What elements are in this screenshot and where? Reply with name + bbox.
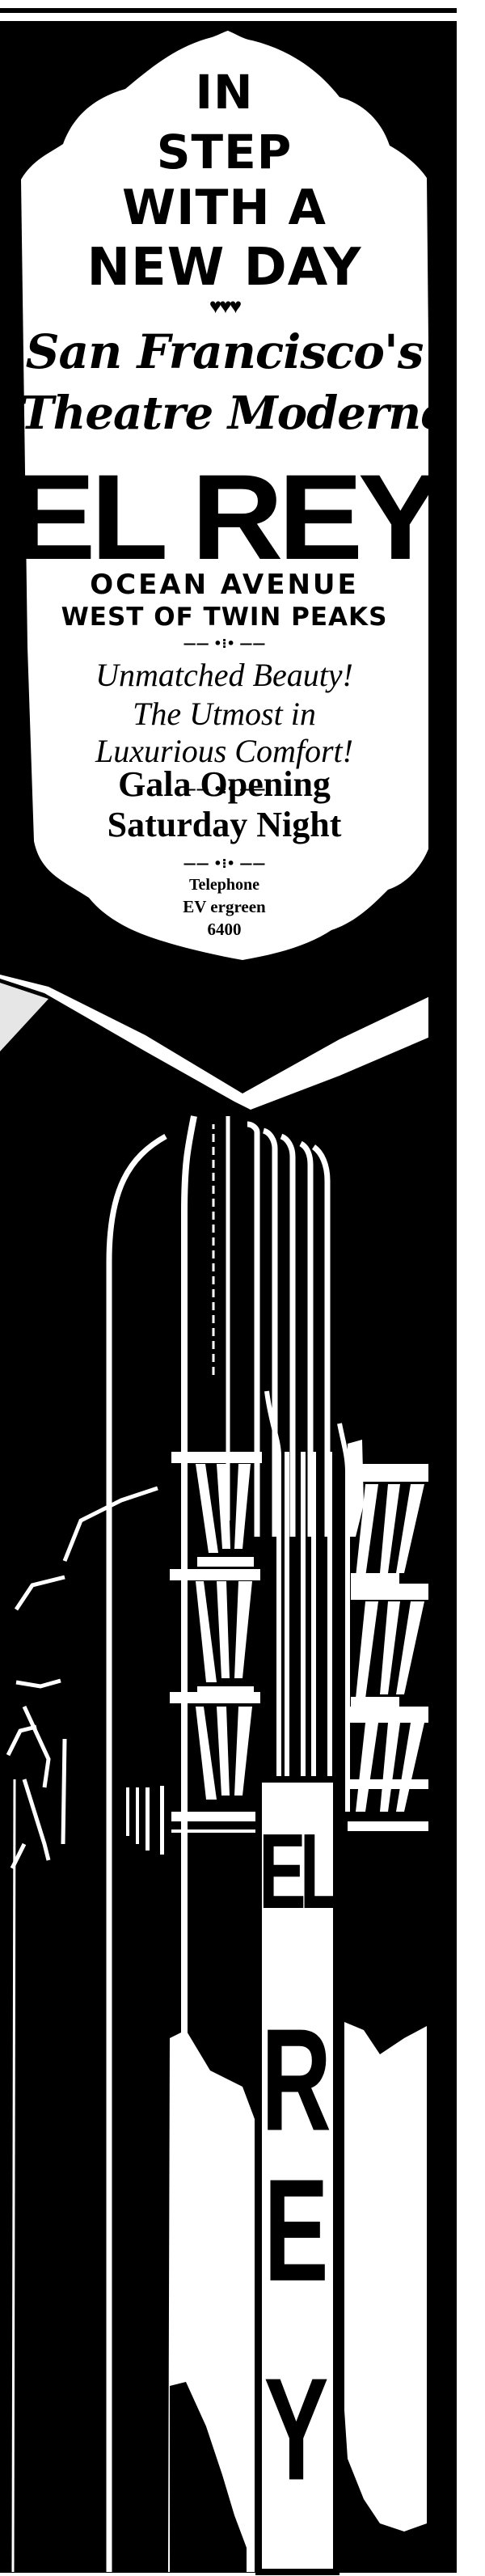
- headline-line-2: STEP: [20, 128, 428, 176]
- hearts-ornament-icon: ♥♥♥: [20, 294, 428, 319]
- headline-line-4: NEW DAY: [20, 241, 428, 294]
- event-line-2: Saturday Night: [20, 804, 428, 846]
- telephone-number: 6400: [20, 919, 428, 940]
- tagline-line-1: San Francisco's: [20, 324, 428, 380]
- newspaper-advertisement: IN STEP WITH A NEW DAY ♥♥♥ San Francisco…: [0, 0, 485, 2576]
- telephone-label: Telephone: [20, 875, 428, 895]
- location-line-1: OCEAN AVENUE: [20, 569, 428, 600]
- divider-ornament-icon: —— •⁝• ——: [20, 857, 428, 870]
- location-line-2: WEST OF TWIN PEAKS: [20, 603, 428, 632]
- vertical-sign-letter: EL: [259, 1823, 334, 1920]
- feature-line-2: The Utmost in: [20, 696, 428, 733]
- divider-ornament-icon: —— •⁝• ——: [20, 637, 428, 650]
- vertical-sign-letter: R: [259, 1998, 334, 2163]
- headline-line-1: IN: [20, 68, 428, 116]
- vertical-sign-letter: Y: [259, 2352, 334, 2507]
- headline-line-3: WITH A: [20, 183, 428, 233]
- theatre-name: EL REY: [10, 464, 438, 569]
- vertical-sign-letter: E: [259, 2158, 334, 2303]
- tagline-line-2: Theatre Moderne: [20, 385, 428, 442]
- feature-line-1: Unmatched Beauty!: [20, 657, 428, 694]
- telephone-exchange: EV ergreen: [20, 896, 428, 917]
- event-line-1: Gala Opening: [20, 763, 428, 806]
